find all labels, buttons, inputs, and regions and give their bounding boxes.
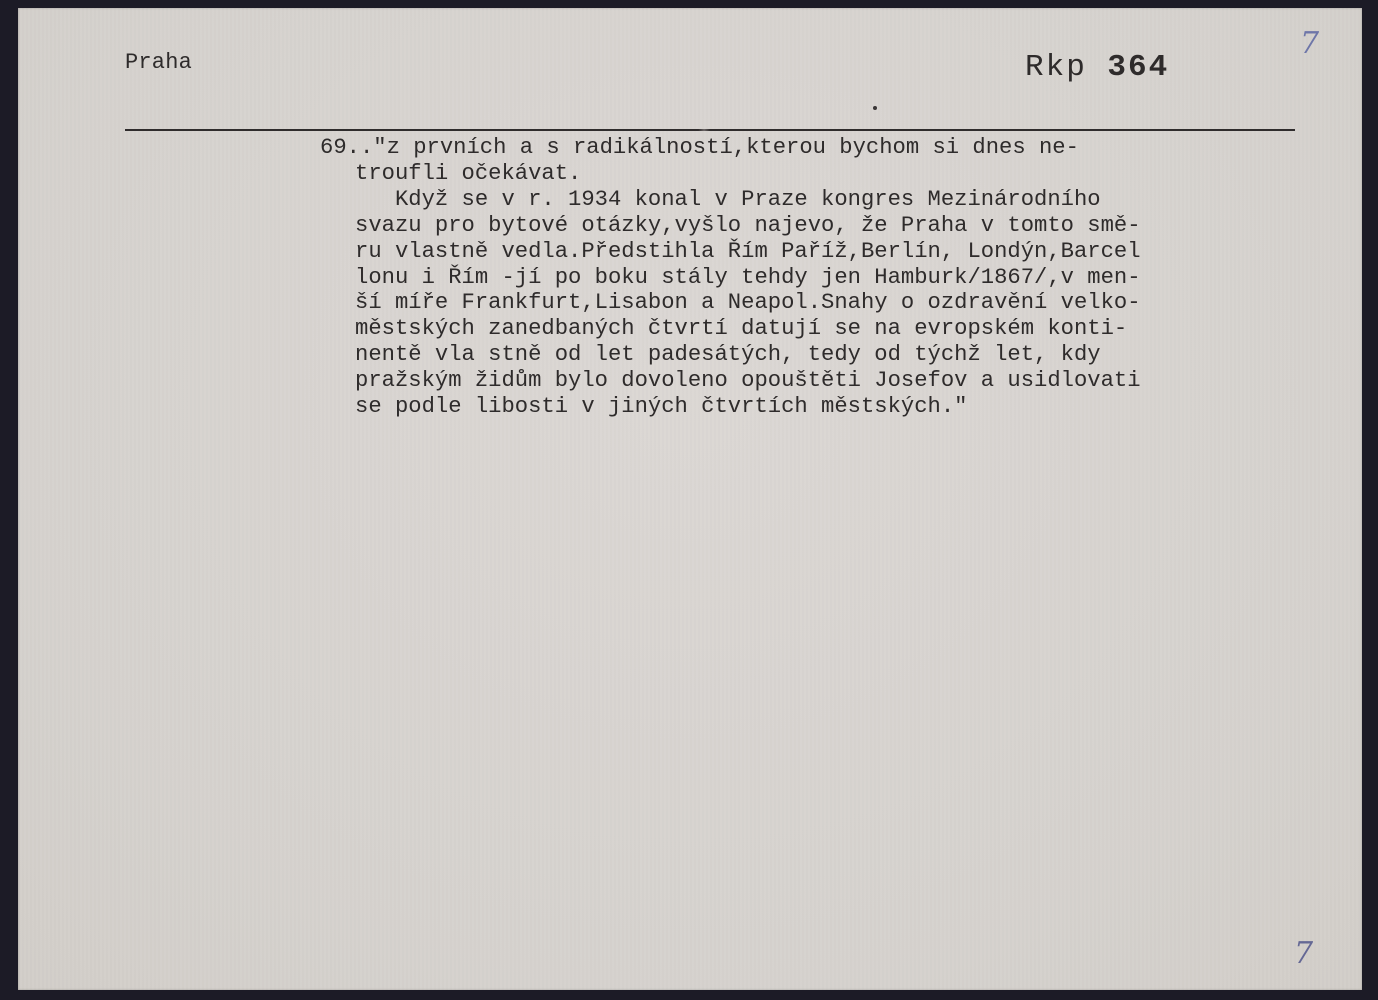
manuscript-reference: Rkp 364 (1025, 50, 1169, 85)
typed-line: svazu pro bytové otázky,vyšlo najevo, že… (355, 213, 1141, 239)
typed-line: pražským židům bylo dovoleno opouštěti J… (355, 368, 1141, 394)
header-rule (125, 129, 1295, 131)
handwritten-page-number-top: 7 (1300, 26, 1319, 61)
reference-number: 364 (1107, 50, 1169, 85)
typed-line: nentě vla stně od let padesátých, tedy o… (355, 342, 1101, 368)
place-heading: Praha (125, 50, 192, 75)
typed-line: ší míře Frankfurt,Lisabon a Neapol.Snahy… (355, 290, 1141, 316)
typed-line: Když se v r. 1934 konal v Praze kongres … (355, 187, 1101, 213)
typed-line: 69.."z prvních a s radikálností,kterou b… (320, 135, 1079, 161)
typed-line: se podle libosti v jiných čtvrtích městs… (355, 394, 967, 420)
typed-line: lonu i Řím -jí po boku stály tehdy jen H… (355, 265, 1141, 291)
handwritten-page-number-bottom: 7 (1294, 936, 1313, 971)
ink-dot (873, 106, 877, 110)
typed-line: ru vlastně vedla.Předstihla Řím Paříž,Be… (355, 239, 1141, 265)
typed-line: troufli očekávat. (355, 161, 581, 187)
typed-line: městských zanedbaných čtvrtí datují se n… (355, 316, 1127, 342)
archival-index-card: Praha Rkp 364 7 69.."z prvních a s radik… (18, 8, 1362, 990)
reference-prefix: Rkp (1025, 50, 1087, 85)
